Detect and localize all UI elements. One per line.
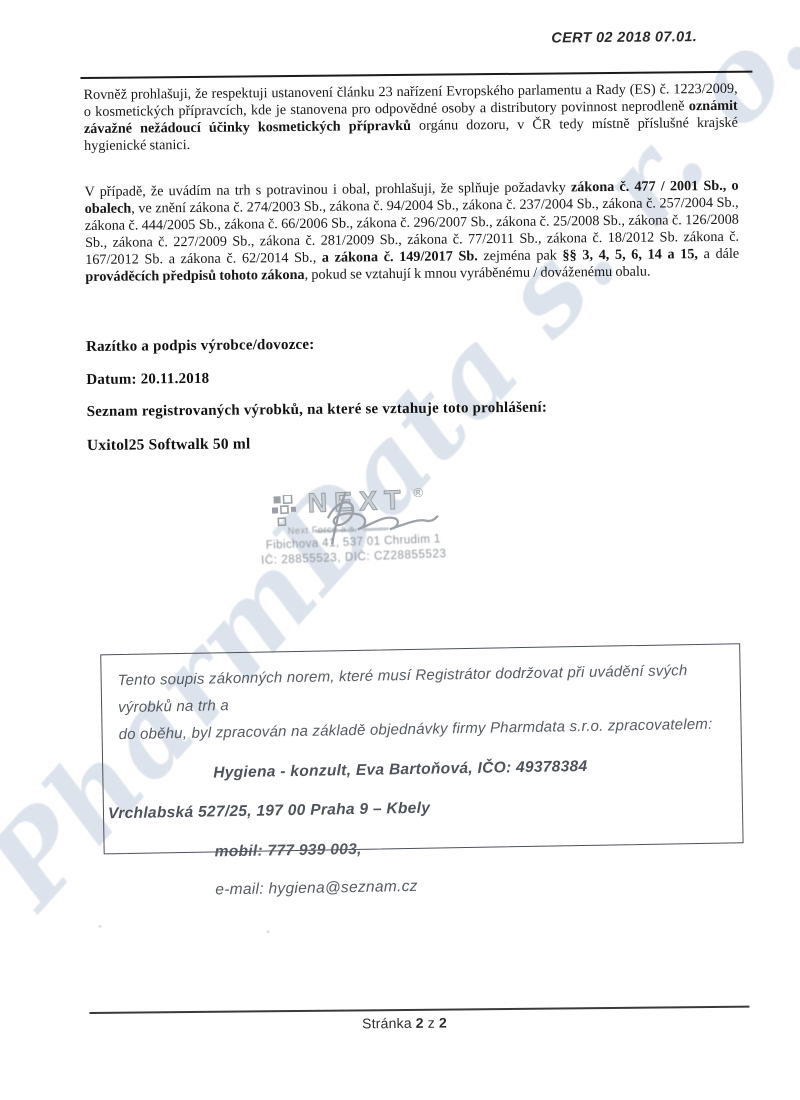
paragraph-bold-text: §§ 3, 4, 5, 6, 14 a 15,	[562, 246, 698, 263]
registered-products-heading: Seznam registrovaných výrobků, na které …	[87, 400, 548, 421]
scan-speck-artifact	[99, 925, 102, 928]
page-number-label: Stránka	[362, 1015, 412, 1031]
paragraph-text: , pokud se vztahují k mnou vyráběnému / …	[304, 263, 650, 282]
date-line: Datum: 20.11.2018	[86, 371, 209, 389]
scanned-document-page: PharmData s. r. o. CERT 02 2018 07.01. R…	[0, 0, 800, 1100]
cert-reference-code: CERT 02 2018 07.01.	[551, 29, 697, 46]
page-number-separator: z	[428, 1015, 435, 1031]
paragraph-text: a dále	[698, 245, 739, 261]
contact-address: Vrchlabská 527/25, 197 00 Praha 9 – Kbel…	[108, 795, 726, 824]
scan-speck-artifact	[267, 930, 270, 933]
paragraph-bold-text: prováděcích předpisů tohoto zákona	[85, 266, 304, 284]
paragraph-text: zejména pak	[478, 247, 563, 264]
product-name: Uxitol25 Softwalk 50 ml	[87, 435, 251, 455]
declaration-paragraph-packaging: V případě, že uvádím na trh s potravinou…	[84, 178, 739, 286]
header-divider-line	[80, 71, 752, 79]
processor-note-box: Tento soupis zákonných norem, které musí…	[100, 643, 743, 854]
contact-mobile: mobil: 777 939 003,	[215, 834, 727, 861]
paragraph-text: Rovněž prohlašuji, že respektuji ustanov…	[84, 81, 738, 120]
company-stamp: NEXT ® Next Force a.s. Fibichova 41, 537…	[241, 478, 474, 583]
stamp-signature-heading: Razítko a podpis výrobce/dovozce:	[86, 337, 315, 356]
page-number-total: 2	[439, 1015, 447, 1031]
page-number: Stránka2z2	[4, 1011, 800, 1035]
declaration-paragraph-cosmetics: Rovněž prohlašuji, že respektuji ustanov…	[84, 81, 739, 155]
paragraph-bold-text: a zákona č. 149/2017 Sb.	[322, 248, 478, 265]
contact-email: e-mail: hygiena@seznam.cz	[215, 872, 727, 899]
page-number-current: 2	[416, 1015, 424, 1031]
contact-name: Hygiena - konzult, Eva Bartoňová, IČO: 4…	[213, 756, 725, 783]
